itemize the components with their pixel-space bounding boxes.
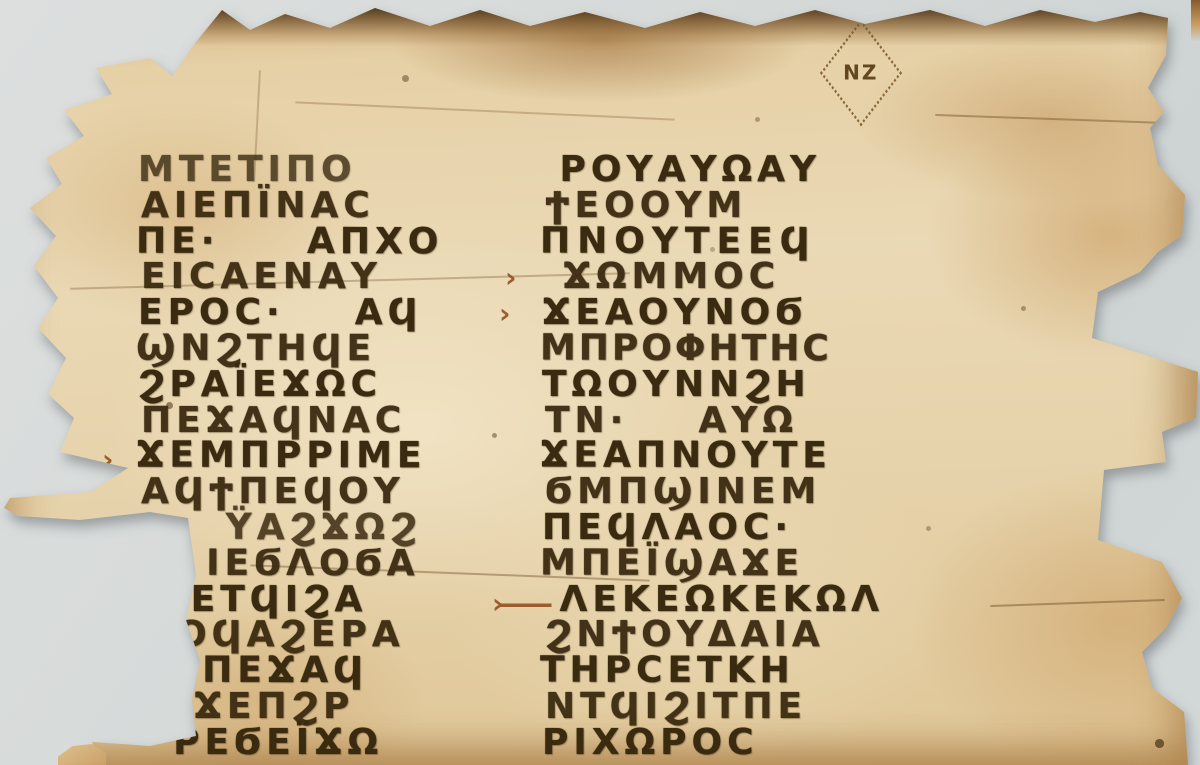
text-line: ΠΕϪΑϤΝΑC	[141, 403, 448, 439]
text-line: ΑΙΕΠΪΝΑC	[141, 188, 448, 224]
text-line: ΤΝ· ΑΥΩ	[545, 403, 887, 439]
diple-mark: ›	[102, 446, 114, 474]
text-line: ΝΤϤΙϨΙΤΠΕ	[545, 689, 887, 725]
diple-mark: ›	[499, 300, 511, 328]
adjacent-leaf-sliver	[1191, 0, 1200, 42]
text-line: ϪΕΜΠΡΡΙΜΕ	[136, 438, 444, 475]
crack-line	[295, 101, 675, 120]
text-line: ΟϤΑϨΕΡΑ	[141, 617, 448, 653]
text-line: ϢΝϨΤΗϤΕ	[136, 331, 444, 368]
text-line: ΕΙCΑΕΝΑΥ	[141, 259, 448, 295]
text-line: ΡΕϬΕΪϪΩ	[138, 725, 445, 761]
text-line: ΕΡΟC· ΑϤ	[138, 295, 445, 331]
parchment-fragment: ΝΖ ΜΤΕΤΙΠΟ ΑΙΕΠΪΝΑC ΠΕ· ΑΠΧΟ ΕΙCΑΕΝΑΥ ΕΡ…	[0, 0, 1200, 765]
text-line: ϨΡΑΪΕϪΩC	[138, 367, 445, 403]
text-line: ϪΕΑΠΝΟΥΤΕ	[540, 438, 882, 475]
text-line: ΜΠΡΟΦΗΤΗC	[540, 331, 882, 368]
crack-line	[990, 599, 1165, 607]
text-line: ΛΕΚΕΩΚΕΚΩΛ	[542, 582, 884, 618]
text-line: ΠΕϤΛΑΟC·	[542, 510, 884, 546]
text-line: ΡΟΥΑΥΩΑΥ	[542, 152, 884, 188]
text-line: ΡΙΧΩΡΟC	[542, 725, 884, 761]
manuscript-fragment-shadow: ΝΖ ΜΤΕΤΙΠΟ ΑΙΕΠΪΝΑC ΠΕ· ΑΠΧΟ ΕΙCΑΕΝΑΥ ΕΡ…	[0, 0, 1200, 765]
ink-specks	[0, 0, 3, 3]
text-line: ΫΑϨϪΩϨ	[138, 510, 445, 546]
text-line: ΤΗΡCΕΤΚΗ	[540, 653, 882, 690]
text-line: ϨΝϮΟΥΔΑΙΑ	[545, 617, 887, 653]
text-column-right: ΡΟΥΑΥΩΑΥ ϮΕΟΟΥΜ ΠΝΟΥΤΕΕϤ ϪΩΜΜΟC ϪΕΑΟΥΝΟϬ…	[542, 152, 884, 761]
text-line: ΥΠΕϪΑϤ	[136, 653, 444, 690]
text-line: ΜΤΕΤΙΠΟ	[138, 152, 445, 188]
charred-top-edge	[0, 0, 1200, 46]
text-line: ΙΕϬΛΟϬΑ	[136, 545, 444, 582]
text-column-left: ΜΤΕΤΙΠΟ ΑΙΕΠΪΝΑC ΠΕ· ΑΠΧΟ ΕΙCΑΕΝΑΥ ΕΡΟC·…	[138, 152, 445, 761]
text-line: ΑϤϮΠΕϤΟΥ	[141, 474, 448, 510]
text-line: ΕΤϤΙϨΑ	[138, 582, 445, 618]
diple-mark: ›	[505, 264, 517, 292]
text-line: ΠΝΟΥΤΕΕϤ	[540, 223, 882, 260]
text-line: ϬΜΠϢΙΝΕΜ	[545, 474, 887, 510]
crack-line	[935, 114, 1167, 124]
text-line: ϪΩΜΜΟC	[545, 259, 887, 295]
arrow-mark: ›――	[492, 590, 548, 618]
text-line: ΤΩΟΥΝΝϨΗ	[542, 367, 884, 403]
text-line: ϤϪΕΠϨΡ	[141, 689, 448, 725]
photo-background: ΝΖ ΜΤΕΤΙΠΟ ΑΙΕΠΪΝΑC ΠΕ· ΑΠΧΟ ΕΙCΑΕΝΑΥ ΕΡ…	[0, 0, 1200, 765]
page-number: ΝΖ	[843, 61, 878, 85]
text-line: ϪΕΑΟΥΝΟϬ	[542, 295, 884, 331]
text-line: ϮΕΟΟΥΜ	[545, 188, 887, 224]
text-line: ΠΕ· ΑΠΧΟ	[136, 223, 444, 260]
text-line: ΜΠΕΪϢΑϪΕ	[540, 545, 882, 582]
